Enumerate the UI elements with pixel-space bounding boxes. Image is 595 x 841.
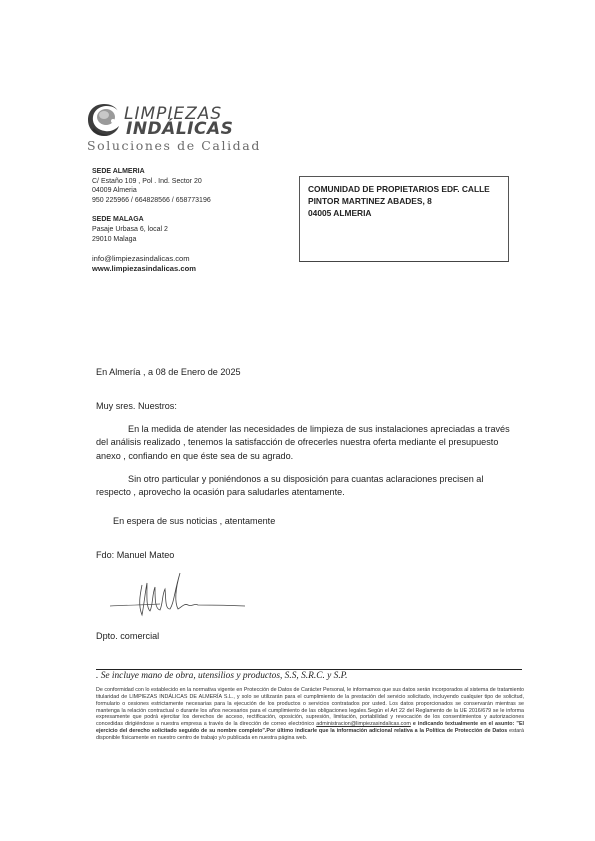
office-name: SEDE ALMERIA bbox=[92, 167, 211, 177]
recipient-line-2: PINTOR MARTINEZ ABADES, 8 bbox=[308, 195, 508, 207]
company-website[interactable]: www.limpiezasindalicas.com bbox=[92, 264, 211, 274]
privacy-email-link[interactable]: administracion@limpiezasindalicas.com bbox=[316, 721, 411, 727]
office-name: SEDE MALAGA bbox=[92, 215, 211, 225]
paragraph-1-text: En la medida de atender las necesidades … bbox=[96, 424, 510, 461]
swirl-logo-icon bbox=[86, 102, 122, 138]
department: Dpto. comercial bbox=[96, 630, 159, 643]
footer-note: . Se incluye mano de obra, utensilios y … bbox=[96, 671, 348, 681]
office-address: Pasaje Urbasa 6, local 2 bbox=[92, 225, 211, 235]
office-city: 29010 Malaga bbox=[92, 235, 211, 245]
letter-closing: En espera de sus noticias , atentamente bbox=[113, 515, 275, 528]
letter-paragraph-2: Sin otro particular y poniéndonos a su d… bbox=[96, 473, 516, 500]
office-city: 04009 Almeria bbox=[92, 186, 211, 196]
logo-tagline: Soluciones de Calidad bbox=[87, 138, 261, 153]
sender-info: SEDE ALMERIA C/ Estaño 109 , Pol . Ind. … bbox=[92, 167, 211, 274]
signed-by: Fdo: Manuel Mateo bbox=[96, 549, 174, 562]
office-address: C/ Estaño 109 , Pol . Ind. Sector 20 bbox=[92, 177, 211, 187]
letter-salutation: Muy sres. Nuestros: bbox=[96, 400, 177, 413]
privacy-notice: De conformidad con lo establecido en la … bbox=[96, 687, 524, 742]
company-email[interactable]: info@limpiezasindalicas.com bbox=[92, 254, 211, 264]
letter-date: En Almería , a 08 de Enero de 2025 bbox=[96, 366, 241, 379]
office-phones: 950 225966 / 664828566 / 658773196 bbox=[92, 196, 211, 206]
letter-paragraph-1: En la medida de atender las necesidades … bbox=[96, 423, 516, 463]
recipient-line-3: 04005 ALMERIA bbox=[308, 207, 508, 219]
recipient-address-box: COMUNIDAD DE PROPIETARIOS EDF. CALLE PIN… bbox=[299, 176, 509, 262]
handwritten-signature-icon bbox=[100, 565, 260, 625]
recipient-line-1: COMUNIDAD DE PROPIETARIOS EDF. CALLE bbox=[308, 183, 508, 195]
paragraph-2-text: Sin otro particular y poniéndonos a su d… bbox=[96, 474, 483, 497]
company-logo: LIMPIEZAS INDÁLICAS Soluciones de Calida… bbox=[86, 100, 266, 155]
logo-text-indalicas: INDÁLICAS bbox=[126, 121, 233, 137]
